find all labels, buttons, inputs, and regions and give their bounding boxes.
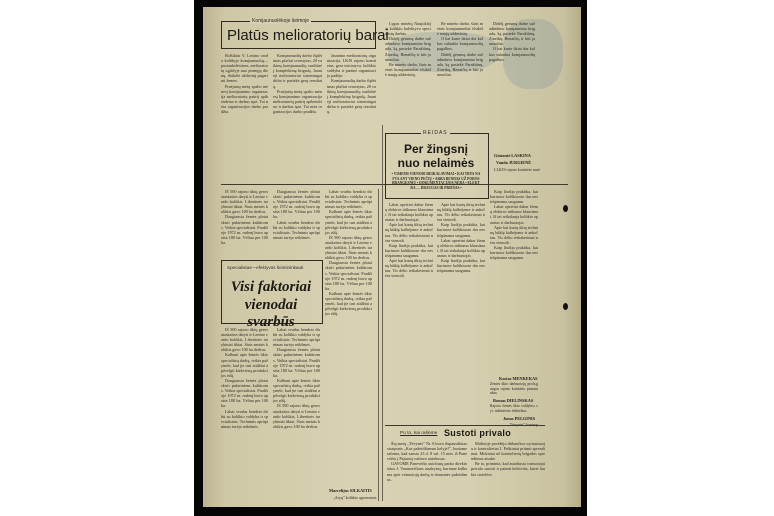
kicker-sustoti: Po to, kai rašėme: [400, 431, 437, 436]
signature-reidas-2: Romas DIELINSKAS: [493, 398, 533, 403]
article-column: Labai svarbu bendrai dirbti su kolūkio v…: [325, 189, 372, 487]
article-column: Kaip liudija praktika, kai kuriuose kolū…: [490, 189, 538, 374]
article-column: Labai svarbu bendrai dirbti su kolūkio v…: [273, 327, 320, 502]
article-column: Labai opertini dabar žiemų elektros trūk…: [385, 202, 433, 412]
article-column: Didelį gerumą darbe sužadindavo komjauni…: [489, 21, 535, 149]
punch-hole: [563, 205, 568, 212]
headline-meliorators: Platūs melioratorių barai: [227, 27, 389, 44]
punch-hole: [563, 303, 568, 310]
kicker-meliorators: Komjaunuolėkoje šeimoje: [250, 18, 311, 24]
article-column: Apie kai kurių ūkių techninę būklę kalbė…: [437, 202, 485, 412]
signature-specialists-role: „Aryų" kolūkio agronomas: [333, 495, 376, 500]
signature-meliorators-role: LLKJS rajono komiteto narė: [494, 167, 540, 172]
section-label-reidas: REIDAS: [421, 130, 450, 136]
signature-reidas-1: Kostas MENKEKAS: [499, 376, 538, 381]
headline-specialists-line2: vienodai svarbūs: [221, 297, 321, 331]
article-column: Komjaunuolių darbo išplėtimas plačiai sv…: [273, 53, 322, 181]
column-divider: [382, 125, 383, 501]
signature-reidas-1-role: Žemės ūkio darbuotojų profsąjungos rajon…: [490, 382, 538, 397]
section-divider: [385, 425, 545, 426]
signature-reidas-3: Jonas PELGINIS: [503, 416, 535, 421]
signature-meliorators-1: Gintautė LASKINA: [494, 153, 531, 158]
column-divider: [378, 189, 379, 501]
signature-meliorators-2: Vanda JURGIENĖ: [496, 160, 531, 165]
article-column: Šių metų „Tėvynės" Nr. 6 buvo išspausdin…: [387, 441, 467, 499]
article-column: IŠ 500 rajono ūkių geros ataskaitos dary…: [221, 327, 268, 502]
headline-specialists-line1: Visi faktoriai: [221, 279, 321, 296]
article-column: Bolšikiui V. Lenino vardo kolūkyje komja…: [221, 53, 268, 181]
headline-reidas-line2: nuo nelaimės: [385, 156, 487, 170]
article-column: Mašinoje pavėžėjo dirbančius vyriausiuoj…: [471, 441, 545, 491]
newspaper-page: Komjaunuolėkoje šeimoje Platūs meliorato…: [203, 7, 581, 507]
article-column: Jaunimo melioratorių organizacija, LKJS …: [327, 53, 376, 181]
headline-reidas-line1: Per žingsnį: [385, 142, 487, 156]
kicker-specialists: Specialistas—efektyvūs šeimininkauti: [225, 265, 305, 270]
signature-reidas-2-role: Rajono žemės ūkio valdybos vyr. inžinier…: [490, 404, 538, 415]
signature-specialists: Marcelijus SILKAITIS: [329, 488, 372, 493]
reidas-summary: • VISIEMS VIENODI REIKALAVIMAI • KAI TRY…: [391, 172, 481, 196]
headline-sustoti: Sustoti privalo: [444, 428, 511, 438]
